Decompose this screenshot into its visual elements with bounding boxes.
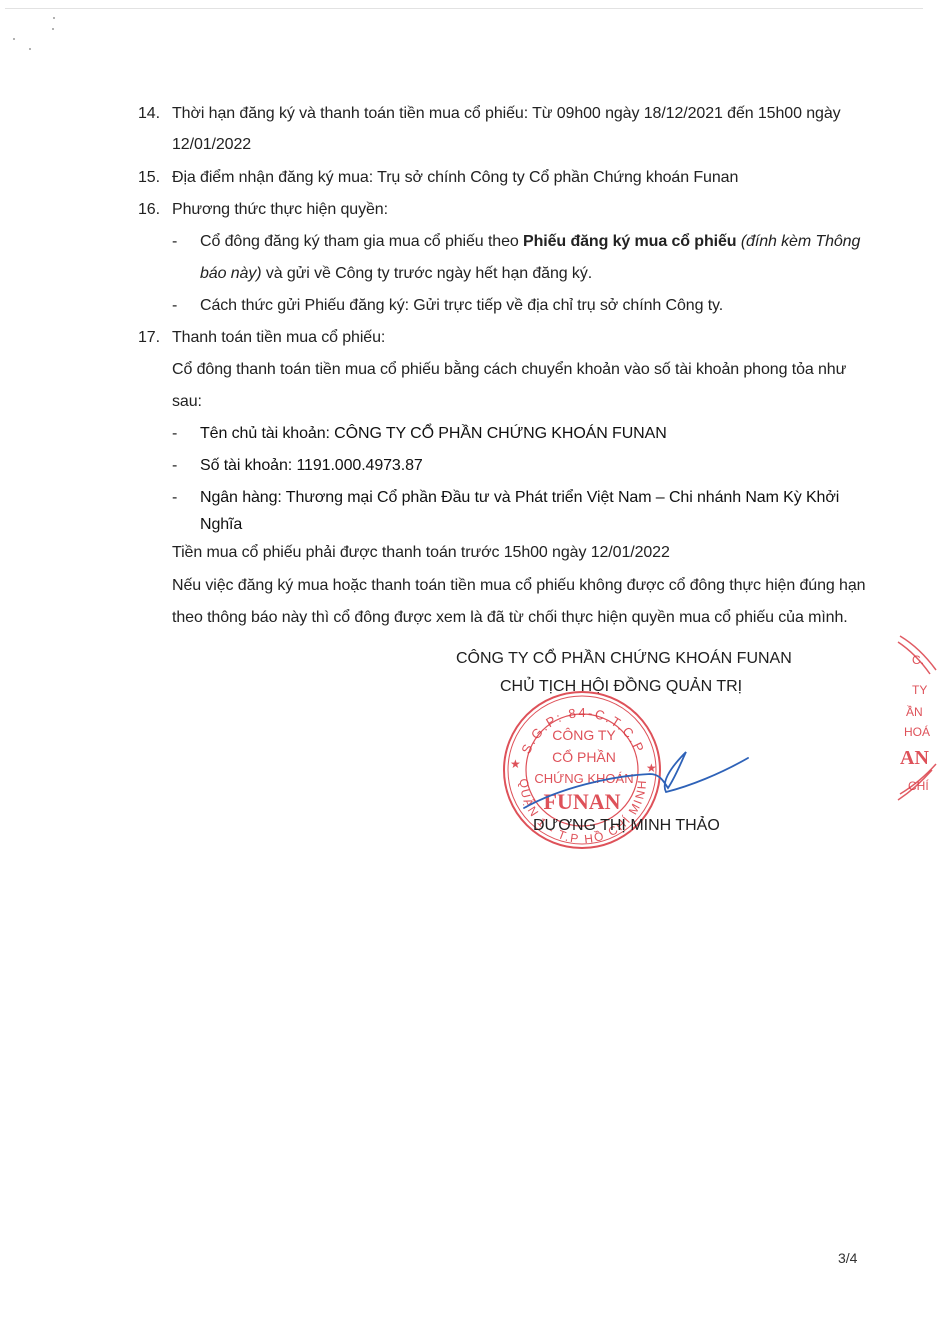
forfeit-notice: Nếu việc đăng ký mua hoặc thanh toán tiề… bbox=[172, 576, 865, 596]
signature-company: CÔNG TY CỔ PHẦN CHỨNG KHOÁN FUNAN bbox=[456, 649, 792, 669]
scan-speck bbox=[13, 38, 15, 40]
payment-deadline: Tiền mua cổ phiếu phải được thanh toán t… bbox=[172, 543, 670, 563]
item-14-text: Thời hạn đăng ký và thanh toán tiền mua … bbox=[172, 104, 841, 124]
item-14-text-cont: 12/01/2022 bbox=[172, 135, 251, 155]
bullet-marker: - bbox=[172, 456, 177, 476]
fragment-text: C. bbox=[912, 653, 924, 667]
attachment-note-cont: báo này) bbox=[200, 265, 261, 282]
attachment-note: (đính kèm Thông bbox=[736, 233, 860, 250]
item-17-text: Thanh toán tiền mua cổ phiếu: bbox=[172, 328, 385, 348]
item-number: 16. bbox=[138, 200, 160, 220]
bank-name-cont: Nghĩa bbox=[200, 515, 242, 535]
item-number: 14. bbox=[138, 104, 160, 124]
item-15-text: Địa điểm nhận đăng ký mua: Trụ sở chính … bbox=[172, 168, 738, 188]
fragment-text: TY bbox=[912, 683, 927, 697]
scan-top-edge bbox=[5, 8, 923, 9]
signatory-name: DƯƠNG THỊ MINH THẢO bbox=[533, 816, 720, 836]
payment-instructions: Cổ đông thanh toán tiền mua cổ phiếu bằn… bbox=[172, 360, 846, 380]
fragment-text: ẦN bbox=[906, 704, 923, 719]
account-holder: Tên chủ tài khoản: CÔNG TY CỔ PHẦN CHỨNG… bbox=[200, 424, 667, 444]
scan-speck bbox=[29, 48, 31, 50]
bullet-marker: - bbox=[172, 424, 177, 444]
bullet-text: và gửi về Công ty trước ngày hết hạn đăn… bbox=[261, 265, 592, 282]
payment-instructions-cont: sau: bbox=[172, 392, 202, 412]
item-16-text: Phương thức thực hiện quyền: bbox=[172, 200, 388, 220]
fragment-text: AN bbox=[900, 747, 929, 769]
scan-speck bbox=[52, 28, 54, 30]
bank-name: Ngân hàng: Thương mại Cổ phần Đầu tư và … bbox=[200, 488, 839, 508]
forfeit-notice-cont: theo thông báo này thì cổ đông được xem … bbox=[172, 608, 848, 628]
bullet-text: Cổ đông đăng ký tham gia mua cổ phiếu th… bbox=[200, 233, 523, 250]
partial-seal-fragment: C. TY ẦN HOÁ AN CHÍ bbox=[890, 630, 950, 810]
fragment-text: CHÍ bbox=[908, 778, 929, 793]
bullet-registration-form-cont: báo này) và gửi về Công ty trước ngày hế… bbox=[200, 264, 592, 284]
bullet-send-method: Cách thức gửi Phiếu đăng ký: Gửi trực ti… bbox=[200, 296, 723, 316]
fragment-text: HOÁ bbox=[904, 724, 930, 739]
item-number: 15. bbox=[138, 168, 160, 188]
bullet-registration-form: Cổ đông đăng ký tham gia mua cổ phiếu th… bbox=[200, 232, 860, 252]
registration-form-name: Phiếu đăng ký mua cổ phiếu bbox=[523, 233, 736, 250]
scan-speck bbox=[53, 17, 55, 19]
page-number: 3/4 bbox=[838, 1250, 857, 1266]
item-number: 17. bbox=[138, 328, 160, 348]
bullet-marker: - bbox=[172, 296, 177, 316]
handwritten-signature bbox=[500, 740, 760, 820]
account-number: Số tài khoản: 1191.000.4973.87 bbox=[200, 456, 423, 476]
bullet-marker: - bbox=[172, 488, 177, 508]
bullet-marker: - bbox=[172, 232, 177, 252]
